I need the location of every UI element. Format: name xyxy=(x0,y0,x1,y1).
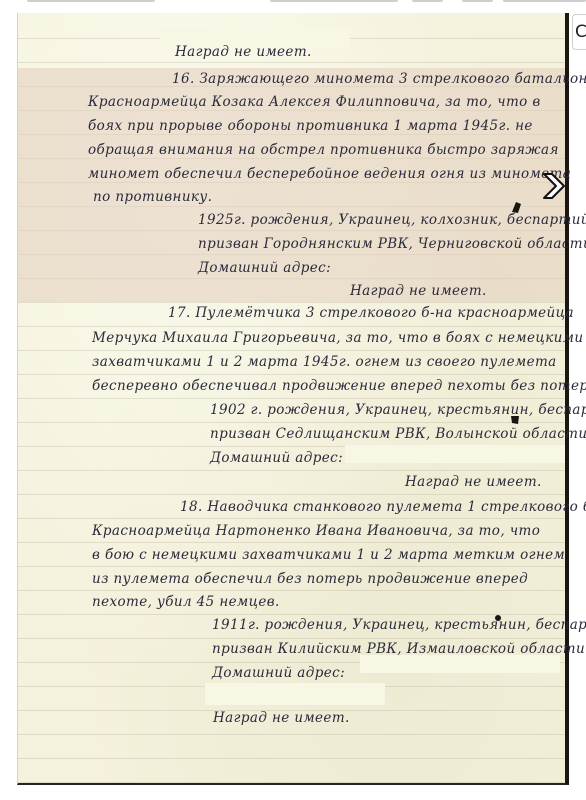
text-line: по противнику. xyxy=(93,189,212,205)
text-line: в бою с немецкими захватчиками 1 и 2 мар… xyxy=(92,547,565,563)
text-line: призван Седлищанским РВК, Волынской обла… xyxy=(210,426,586,442)
redacted-area xyxy=(360,655,560,673)
text-line: Домашний адрес: xyxy=(210,450,343,466)
chevron-right-icon[interactable] xyxy=(538,170,570,202)
side-button-glyph: C xyxy=(575,22,586,42)
toolbar-button-fragment[interactable] xyxy=(503,0,586,2)
text-line: 1911г. рождения, Украинец, крестьянин, б… xyxy=(212,617,586,633)
text-line: боях при прорыве обороны противника 1 ма… xyxy=(88,118,533,134)
text-line: Наград не имеет. xyxy=(350,283,487,299)
ink-blot xyxy=(510,415,520,425)
text-line: Красноармейца Козака Алексея Филипповича… xyxy=(88,94,541,110)
toolbar-field-fragment[interactable] xyxy=(27,0,155,2)
section-heading: 18. Наводчика станкового пулемета 1 стре… xyxy=(180,499,586,515)
text-line: Наград не имеет. xyxy=(175,44,312,60)
text-line: призван Городнянским РВК, Черниговской о… xyxy=(198,236,586,252)
toolbar-field-fragment[interactable] xyxy=(270,0,398,2)
text-line: 1925г. рождения, Украинец, колхозник, бе… xyxy=(198,212,586,228)
toolbar-button-fragment[interactable] xyxy=(462,0,493,2)
text-line: Мерчука Михаила Григорьевича, за то, что… xyxy=(92,330,583,346)
side-panel-button[interactable]: C xyxy=(572,14,586,50)
redacted-area xyxy=(205,683,385,705)
ink-blot xyxy=(510,200,522,214)
text-line: 1902 г. рождения, Украинец, крестьянин, … xyxy=(210,402,586,418)
text-line: бесперевно обеспечивал продвижение впере… xyxy=(92,378,586,394)
toolbar-button-fragment[interactable] xyxy=(412,0,443,2)
text-line: Наград не имеет. xyxy=(405,474,542,490)
text-line: из пулемета обеспечил без потерь продвиж… xyxy=(92,571,528,587)
text-line: Домашний адрес: xyxy=(198,260,331,276)
text-line: миномет обеспечил бесперебойное ведения … xyxy=(88,166,571,182)
ink-blot xyxy=(494,614,502,622)
section-heading: 17. Пулемётчика 3 стрелкового б-на красн… xyxy=(168,305,574,321)
text-line: Наград не имеет. xyxy=(213,710,350,726)
text-line: захватчиками 1 и 2 марта 1945г. огнем из… xyxy=(92,354,557,370)
text-line: Домашний адрес: xyxy=(212,665,345,681)
redacted-area xyxy=(345,445,565,463)
text-line: пехоте, убил 45 немцев. xyxy=(92,594,280,610)
text-line: Красноармейца Нартоненко Ивана Ивановича… xyxy=(92,523,540,539)
text-line: обращая внимания на обстрел противника б… xyxy=(88,142,559,158)
section-heading: 16. Заряжающего минометa 3 стрелкового б… xyxy=(172,71,586,87)
text-line: призван Килийским РВК, Измаиловской обла… xyxy=(212,641,585,657)
